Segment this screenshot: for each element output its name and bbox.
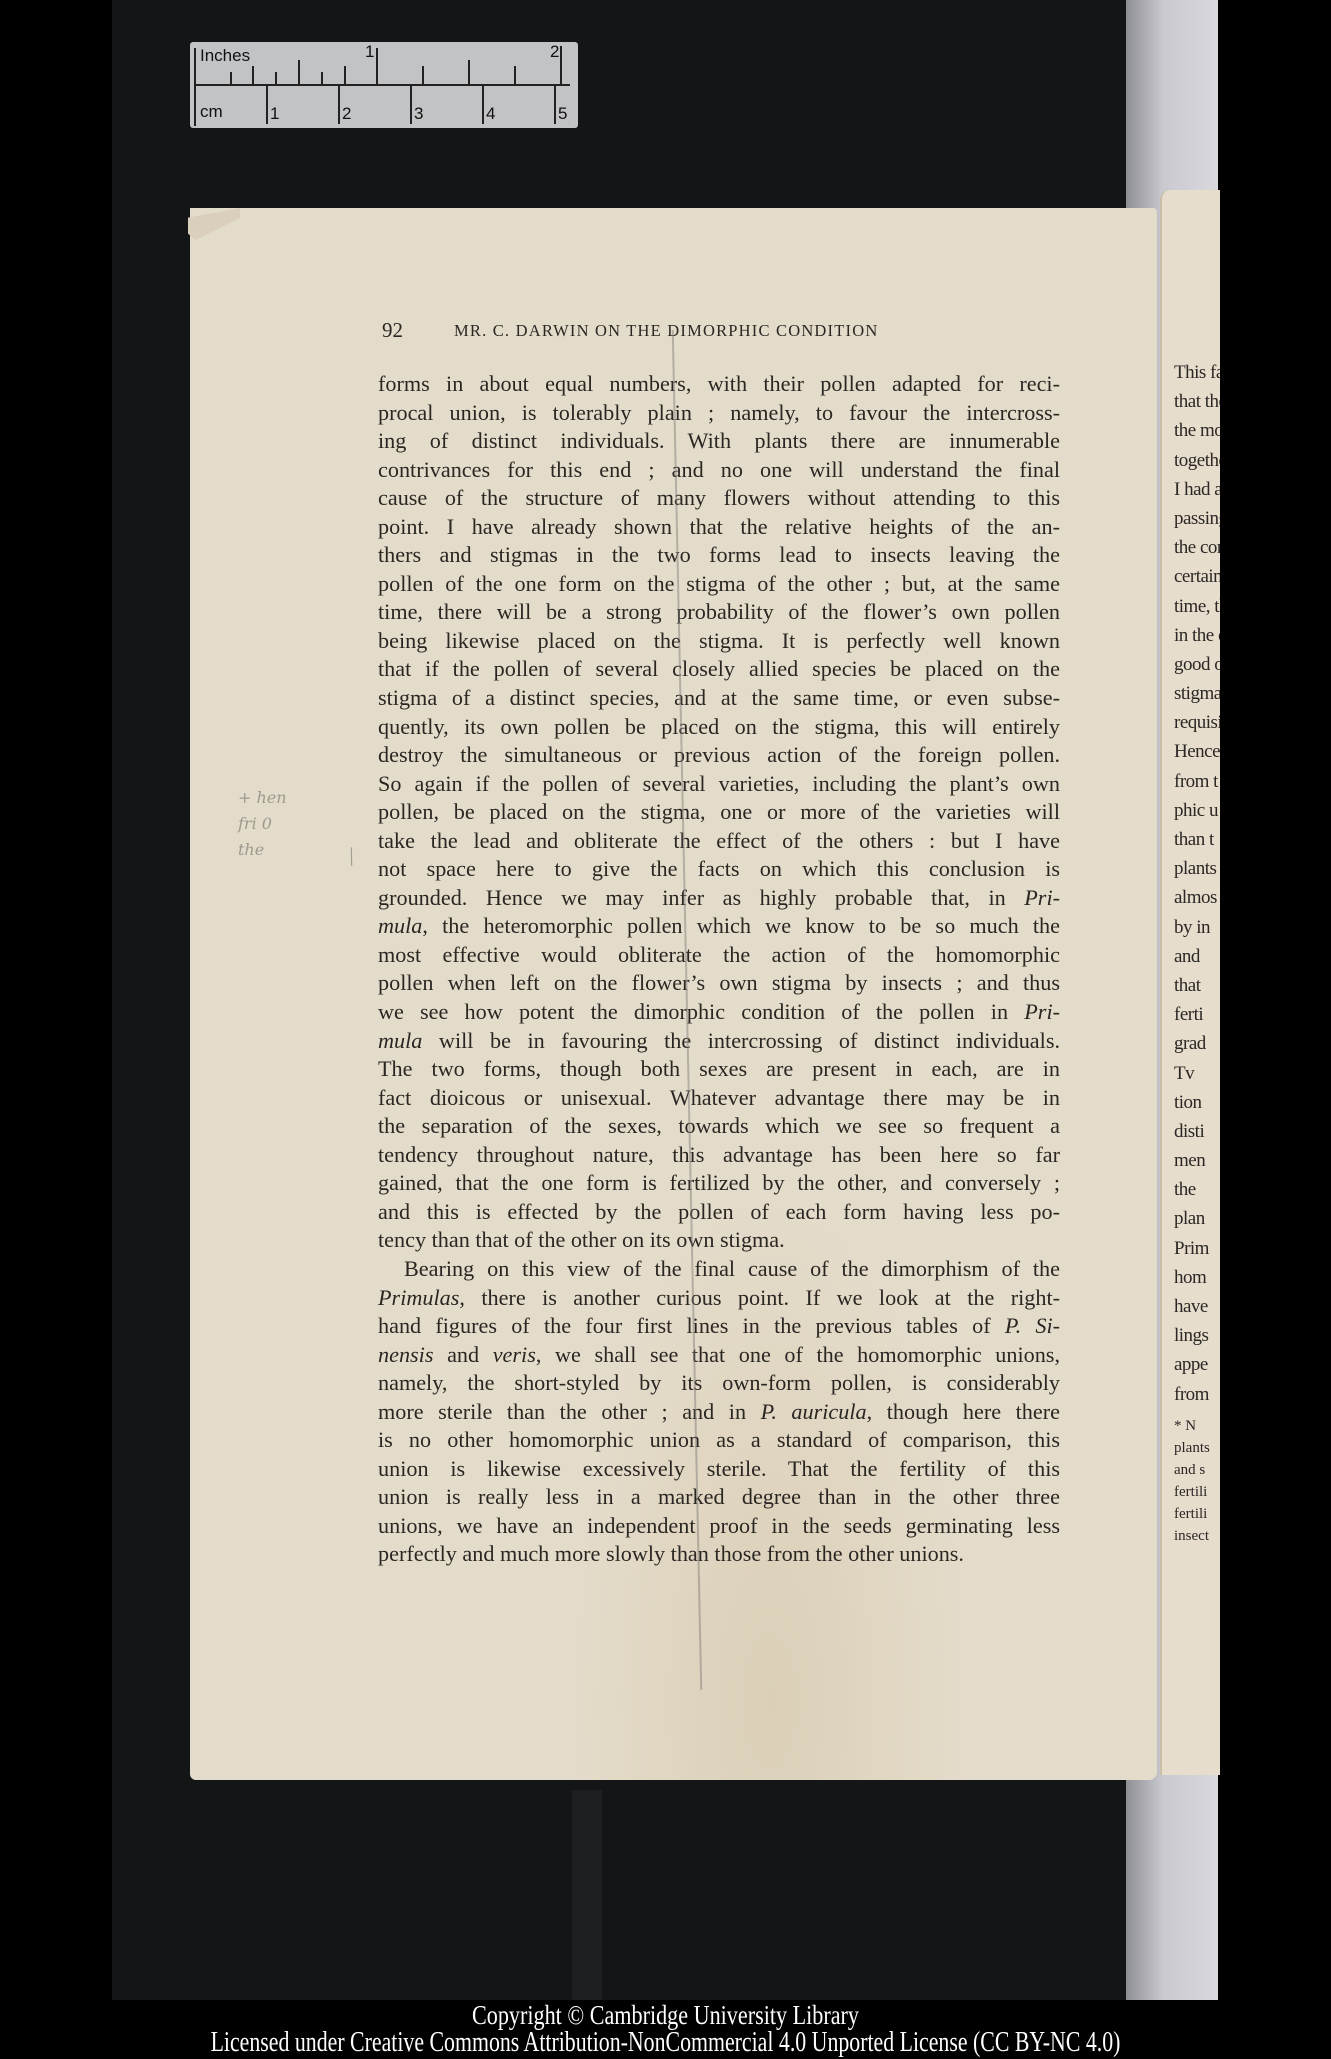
margin-annotation: + henfri 0the bbox=[238, 785, 287, 863]
ruler-tick bbox=[194, 48, 196, 126]
text-line: namely, the short-styled by its own-form… bbox=[378, 1369, 1060, 1398]
facing-page-footnote-line: fertili bbox=[1174, 1484, 1210, 1506]
text-line: thers and stigmas in the two forms lead … bbox=[378, 541, 1060, 570]
ruler-tick bbox=[410, 86, 412, 124]
italic-term: P. Si- bbox=[1005, 1313, 1060, 1338]
facing-page-line: from bbox=[1174, 1384, 1220, 1413]
page-body-text: forms in about equal numbers, with their… bbox=[378, 370, 1060, 1569]
facing-page-line: the coro bbox=[1174, 537, 1220, 566]
text-line: not space here to give the facts on whic… bbox=[378, 855, 1060, 884]
facing-page-line: have bbox=[1174, 1296, 1220, 1325]
text-line: union is likewise excessively sterile. T… bbox=[378, 1455, 1060, 1484]
ruler-tick bbox=[422, 66, 424, 84]
ruler-tick bbox=[338, 86, 340, 124]
text-line: mula will be in favouring the intercross… bbox=[378, 1027, 1060, 1056]
facing-page-line: phic u bbox=[1174, 800, 1220, 829]
text-line: perfectly and much more slowly than thos… bbox=[378, 1540, 1060, 1569]
text-line: pollen when left on the flower’s own sti… bbox=[378, 969, 1060, 998]
text-line: fact dioicous or unisexual. Whatever adv… bbox=[378, 1084, 1060, 1113]
facing-page-line: disti bbox=[1174, 1121, 1220, 1150]
text-line: take the lead and obliterate the effect … bbox=[378, 827, 1060, 856]
annotation-line: fri 0 bbox=[238, 811, 287, 837]
text-line: most effective would obliterate the acti… bbox=[378, 941, 1060, 970]
facing-page-line: tion bbox=[1174, 1092, 1220, 1121]
text-line: Primulas, there is another curious point… bbox=[378, 1284, 1060, 1313]
facing-page-line: plants bbox=[1174, 858, 1220, 887]
ruler-tick bbox=[321, 72, 323, 84]
facing-page-line: lings bbox=[1174, 1325, 1220, 1354]
text-line: destroy the simultaneous or previous act… bbox=[378, 741, 1060, 770]
text-line: So again if the pollen of several variet… bbox=[378, 770, 1060, 799]
text-line: point. I have already shown that the rel… bbox=[378, 513, 1060, 542]
facing-page-line: than t bbox=[1174, 829, 1220, 858]
page-number: 92 bbox=[382, 318, 403, 343]
facing-page-line: passing t bbox=[1174, 508, 1220, 537]
facing-page-line: Hence bbox=[1174, 741, 1220, 770]
facing-page-line: men bbox=[1174, 1150, 1220, 1179]
ruler-tick bbox=[252, 66, 254, 84]
facing-page-line: Tv bbox=[1174, 1063, 1220, 1092]
ruler-cm-mark: 5 bbox=[558, 104, 567, 124]
ruler-tick bbox=[344, 66, 346, 84]
text-line: The two forms, though both sexes are pre… bbox=[378, 1055, 1060, 1084]
text-line: forms in about equal numbers, with their… bbox=[378, 370, 1060, 399]
italic-term: Pri- bbox=[1024, 999, 1060, 1024]
ruler-cm-mark: 1 bbox=[270, 104, 279, 124]
italic-term: P. auricula bbox=[761, 1399, 867, 1424]
ruler-cm-label: cm bbox=[200, 102, 223, 122]
facing-page-text: This factthat thethe mosttogetherI had a… bbox=[1174, 362, 1220, 1413]
text-line: the separation of the sexes, towards whi… bbox=[378, 1112, 1060, 1141]
facing-page-line: almos bbox=[1174, 887, 1220, 916]
ruler-cm-mark: 2 bbox=[342, 104, 351, 124]
facing-page-line: Prim bbox=[1174, 1238, 1220, 1267]
ruler-tick bbox=[482, 86, 484, 124]
ruler-inches-label: Inches bbox=[200, 46, 250, 66]
facing-page: This factthat thethe mosttogetherI had a… bbox=[1160, 190, 1220, 1775]
facing-page-line: appe bbox=[1174, 1354, 1220, 1383]
facing-page-line: good of bbox=[1174, 654, 1220, 683]
italic-term: mula bbox=[378, 1028, 422, 1053]
facing-page-footnote: * Nplantsand sfertilifertiliinsect bbox=[1174, 1418, 1210, 1550]
ruler-inch-mark-1: 1 bbox=[365, 42, 374, 62]
text-line: time, there will be a strong probability… bbox=[378, 598, 1060, 627]
facing-page-line: This fact bbox=[1174, 362, 1220, 391]
ruler-tick bbox=[266, 86, 268, 124]
ruler-tick bbox=[230, 72, 232, 84]
facing-page-line: in the c bbox=[1174, 625, 1220, 654]
license-notice: Licensed under Creative Commons Attribut… bbox=[146, 2027, 1184, 2059]
italic-term: mula bbox=[378, 913, 422, 938]
facing-page-line: certain t bbox=[1174, 566, 1220, 595]
facing-page-footnote-line: plants bbox=[1174, 1440, 1210, 1462]
text-line: tendency throughout nature, this advanta… bbox=[378, 1141, 1060, 1170]
facing-page-footnote-line: and s bbox=[1174, 1462, 1210, 1484]
facing-page-line: by in bbox=[1174, 917, 1220, 946]
ruler-tick bbox=[275, 72, 277, 84]
text-line: nensis and veris, we shall see that one … bbox=[378, 1341, 1060, 1370]
text-line: gained, that the one form is fertilized … bbox=[378, 1169, 1060, 1198]
text-line: Bearing on this view of the final cause … bbox=[378, 1255, 1060, 1284]
facing-page-line: the most bbox=[1174, 420, 1220, 449]
text-line: and this is effected by the pollen of ea… bbox=[378, 1198, 1060, 1227]
facing-page-line: stigma, bbox=[1174, 683, 1220, 712]
facing-page-line: I had a bbox=[1174, 479, 1220, 508]
ruler-tick bbox=[468, 60, 470, 84]
text-line: unions, we have an independent proof in … bbox=[378, 1512, 1060, 1541]
facing-page-line: grad bbox=[1174, 1033, 1220, 1062]
facing-page-line: hom bbox=[1174, 1267, 1220, 1296]
italic-term: veris bbox=[493, 1342, 536, 1367]
running-head-title: MR. C. DARWIN ON THE DIMORPHIC CONDITION bbox=[454, 321, 878, 341]
text-line: more sterile than the other ; and in P. … bbox=[378, 1398, 1060, 1427]
annotation-line: the bbox=[238, 837, 287, 863]
text-line: ing of distinct individuals. With plants… bbox=[378, 427, 1060, 456]
text-line: procal union, is tolerably plain ; namel… bbox=[378, 399, 1060, 428]
ruler-tick bbox=[298, 60, 300, 84]
board-seam bbox=[572, 1790, 602, 2000]
italic-term: nensis bbox=[378, 1342, 433, 1367]
text-line: grounded. Hence we may infer as highly p… bbox=[378, 884, 1060, 913]
facing-page-footnote-line: fertili bbox=[1174, 1506, 1210, 1528]
text-line: quently, its own pollen be placed on the… bbox=[378, 713, 1060, 742]
ruler-axis bbox=[194, 84, 570, 86]
ruler-tick bbox=[560, 46, 562, 86]
text-line: we see how potent the dimorphic conditio… bbox=[378, 998, 1060, 1027]
facing-page-line: plan bbox=[1174, 1208, 1220, 1237]
text-line: mula, the heteromorphic pollen which we … bbox=[378, 912, 1060, 941]
ruler-cm-mark: 3 bbox=[414, 104, 423, 124]
text-line: being likewise placed on the stigma. It … bbox=[378, 627, 1060, 656]
text-line: hand figures of the four first lines in … bbox=[378, 1312, 1060, 1341]
ruler-tick bbox=[376, 48, 378, 86]
facing-page-footnote-line: * N bbox=[1174, 1418, 1210, 1440]
text-line: pollen of the one form on the stigma of … bbox=[378, 570, 1060, 599]
italic-term: Pri- bbox=[1024, 885, 1060, 910]
text-line: stigma of a distinct species, and at the… bbox=[378, 684, 1060, 713]
ruler-tick bbox=[514, 66, 516, 84]
ruler-inch-mark-2: 2 bbox=[550, 42, 559, 62]
facing-page-line: together bbox=[1174, 450, 1220, 479]
facing-page-line: that the bbox=[1174, 391, 1220, 420]
facing-page-footnote-line: insect bbox=[1174, 1528, 1210, 1550]
text-line: union is really less in a marked degree … bbox=[378, 1483, 1060, 1512]
scale-ruler: Inches 1 2 cm 1 2 3 4 5 bbox=[190, 42, 578, 128]
facing-page-line: time, th bbox=[1174, 596, 1220, 625]
text-line: pollen, be placed on the stigma, one or … bbox=[378, 798, 1060, 827]
facing-page-line: from t bbox=[1174, 771, 1220, 800]
italic-term: Primulas bbox=[378, 1285, 459, 1310]
text-line: tency than that of the other on its own … bbox=[378, 1226, 1060, 1255]
facing-page-line: ferti bbox=[1174, 1004, 1220, 1033]
ruler-cm-mark: 4 bbox=[486, 104, 495, 124]
facing-page-line: requisit bbox=[1174, 712, 1220, 741]
facing-page-line: that bbox=[1174, 975, 1220, 1004]
text-line: that if the pollen of several closely al… bbox=[378, 655, 1060, 684]
annotation-line: + hen bbox=[238, 785, 287, 811]
text-line: contrivances for this end ; and no one w… bbox=[378, 456, 1060, 485]
text-line: is no other homomorphic union as a stand… bbox=[378, 1426, 1060, 1455]
ruler-tick bbox=[554, 86, 556, 124]
facing-page-line: and bbox=[1174, 946, 1220, 975]
text-line: cause of the structure of many flowers w… bbox=[378, 484, 1060, 513]
facing-page-line: the bbox=[1174, 1179, 1220, 1208]
